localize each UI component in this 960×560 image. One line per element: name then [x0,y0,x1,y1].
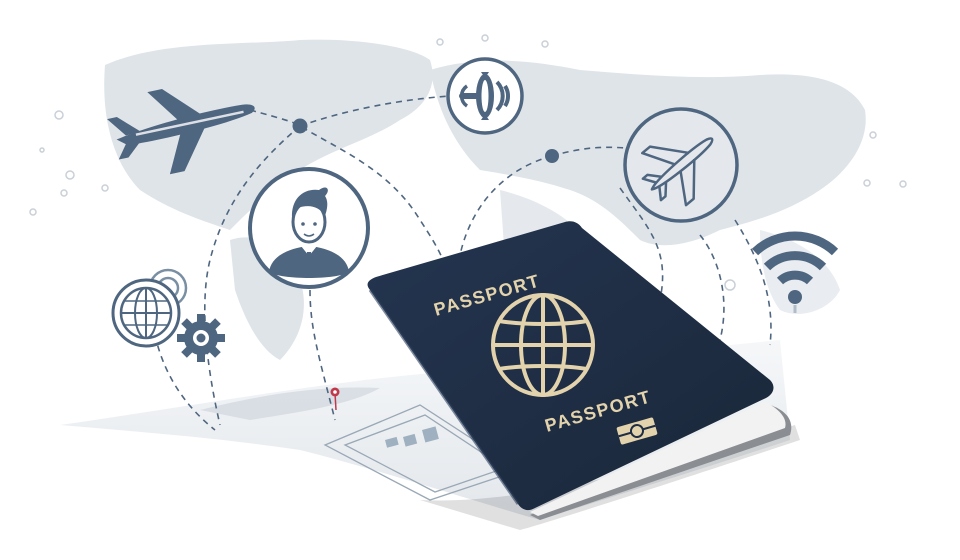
passport-globe-emblem [493,295,593,395]
airplane-outline-icon [625,109,737,221]
gear-icon [177,314,225,362]
globe-icon [113,280,179,346]
person-avatar-icon [250,169,368,287]
turbine-icon [448,59,522,133]
passport-travel-illustration: PASSPORT PASSPORT [0,0,960,560]
route-node [545,149,559,163]
route-node [293,119,308,134]
globe-gear-icon [113,270,225,362]
